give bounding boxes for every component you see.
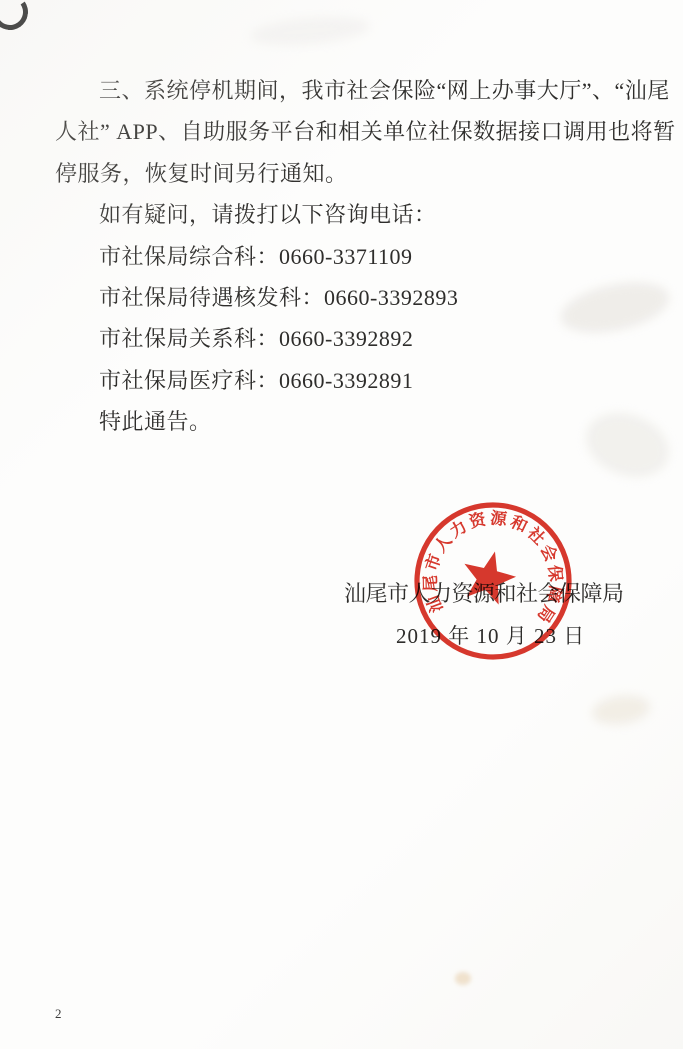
- contact-line: 市社保局关系科：0660-3392892: [55, 318, 653, 359]
- contact-phone: 0660-3371109: [279, 244, 413, 269]
- paragraph-line: 停服务，恢复时间另行通知。: [55, 153, 653, 194]
- contact-label: 市社保局医疗科: [99, 368, 257, 393]
- paragraph-line: 三、系统停机期间，我市社会保险“网上办事大厅”、“汕尾: [55, 70, 653, 111]
- document-page: 三、系统停机期间，我市社会保险“网上办事大厅”、“汕尾 人社” APP、自助服务…: [0, 0, 683, 1049]
- hotline-intro-line: 如有疑问，请拨打以下咨询电话：: [55, 194, 653, 235]
- contact-colon: ：: [302, 285, 325, 310]
- contact-phone: 0660-3392891: [279, 368, 413, 393]
- notice-body: 三、系统停机期间，我市社会保险“网上办事大厅”、“汕尾 人社” APP、自助服务…: [55, 70, 653, 443]
- contact-label: 市社保局综合科: [99, 244, 257, 269]
- page-number: 2: [55, 1006, 62, 1022]
- contact-line: 市社保局待遇核发科：0660-3392893: [55, 277, 653, 318]
- closing-line: 特此通告。: [55, 401, 653, 442]
- contact-line: 市社保局医疗科：0660-3392891: [55, 360, 653, 401]
- contact-label: 市社保局待遇核发科: [99, 285, 302, 310]
- scan-smudge: [455, 972, 471, 985]
- contact-label: 市社保局关系科: [99, 326, 257, 351]
- contact-phone: 0660-3392893: [324, 285, 458, 310]
- scan-smudge: [249, 13, 371, 49]
- signature-organization: 汕尾市人力资源和社会保障局: [344, 577, 624, 608]
- paragraph-line: 人社” APP、自助服务平台和相关单位社保数据接口调用也将暂: [55, 111, 653, 152]
- contact-colon: ：: [257, 368, 280, 393]
- svg-text:汕尾市人力资源和社会保障局: 汕尾市人力资源和社会保障局: [417, 503, 571, 630]
- contact-colon: ：: [257, 326, 280, 351]
- signature-date: 2019 年 10 月 23 日: [396, 620, 585, 650]
- contact-colon: ：: [257, 244, 280, 269]
- scan-smudge: [590, 692, 651, 728]
- contact-phone: 0660-3392892: [279, 326, 413, 351]
- contact-line: 市社保局综合科：0660-3371109: [55, 236, 653, 277]
- seal-text: 汕尾市人力资源和社会保障局: [417, 503, 571, 630]
- scan-corner-artifact: [0, 0, 31, 33]
